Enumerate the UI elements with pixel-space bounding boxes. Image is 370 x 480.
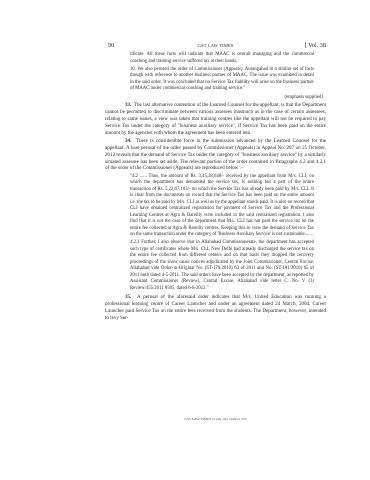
- running-title: GST LAW TIMES: [105, 43, 326, 48]
- paragraph-text: There is considerable force in the submi…: [105, 138, 326, 171]
- emphasis-note: (emphasis supplied): [105, 94, 323, 101]
- page-footer: GST LAW TIMES ⊔ 2nd July 2020 ⊔ 172: [105, 417, 326, 421]
- page-header: 90 GST LAW TIMES [ Vol. 38: [105, 42, 326, 52]
- paragraph-text: A perusal of the aforesaid order indicat…: [105, 294, 326, 321]
- document-page: 90 GST LAW TIMES [ Vol. 38 tificate. All…: [105, 42, 326, 321]
- paragraph-number: 34.: [125, 138, 131, 144]
- paragraph-35: 35. A perusal of the aforesaid order ind…: [105, 294, 326, 321]
- volume-label: [ Vol. 38: [305, 42, 326, 49]
- paragraph-text: The last alternative contention of the L…: [105, 102, 326, 135]
- quoted-paragraph-certificate: tificate. All these facts will indicate …: [130, 52, 314, 65]
- paragraph-number: 33.: [125, 102, 131, 108]
- paragraph-number: 35.: [125, 294, 131, 300]
- quoted-paragraph-10: 10. We also perused the order of Commiss…: [130, 67, 314, 93]
- quoted-paragraph-4-2: "4.2 ...... Thus, the amount of Rs. 3,45…: [130, 174, 314, 239]
- paragraph-33: 33. The last alternative contention of t…: [105, 102, 326, 136]
- paragraph-34: 34. There is considerable force in the s…: [105, 138, 326, 172]
- quoted-paragraph-4-2-1: 4.2.1 Further, I also observe that in Al…: [130, 240, 314, 292]
